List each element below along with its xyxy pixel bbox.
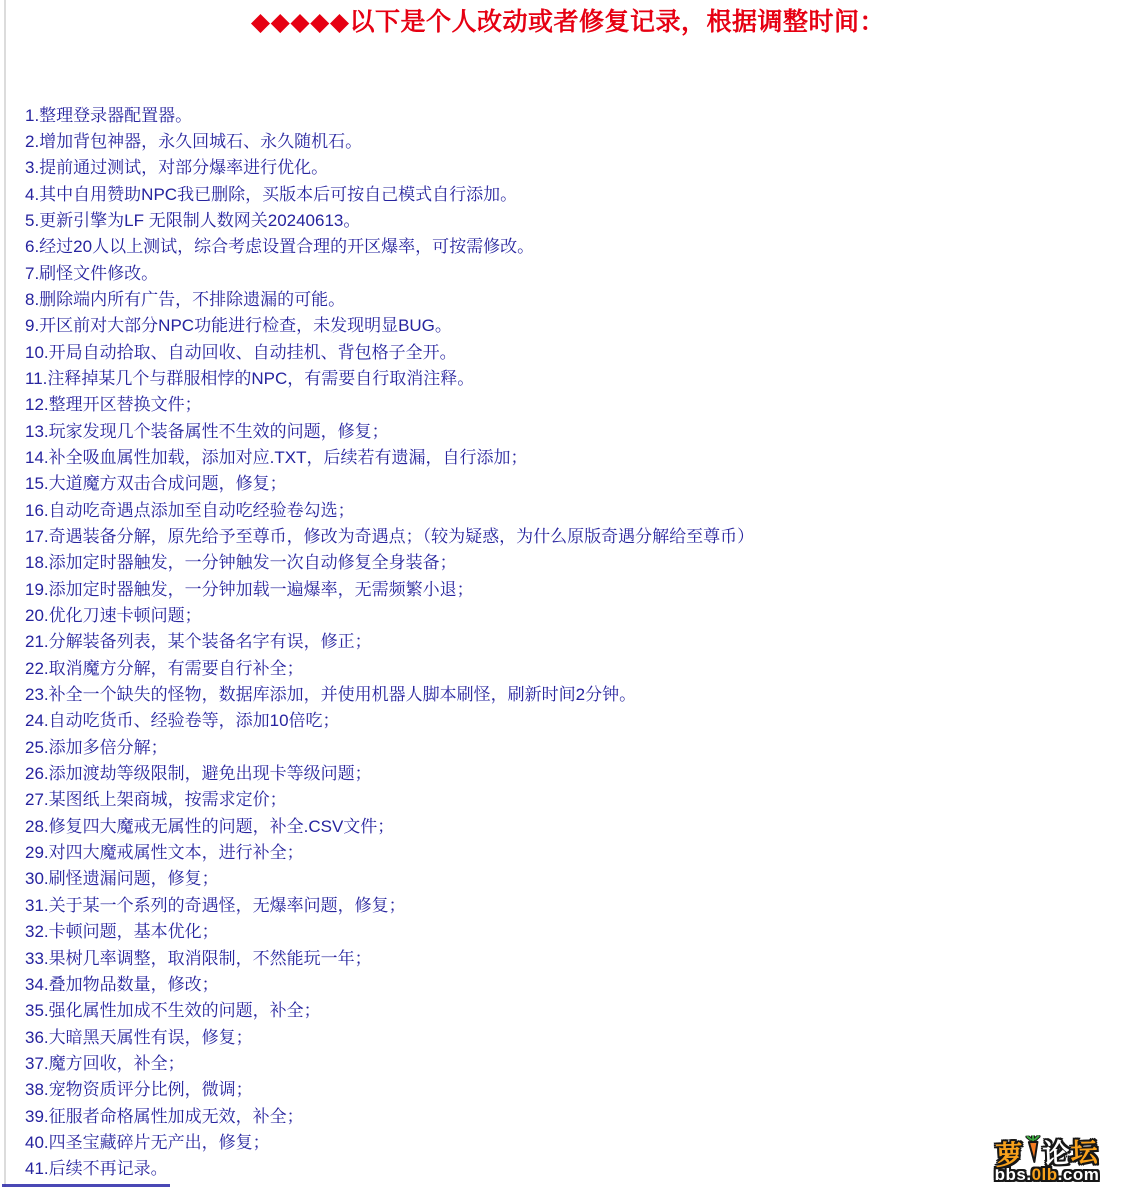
list-item: 3.提前通过测试，对部分爆率进行优化。: [25, 155, 1136, 181]
changelog-list: 1.整理登录器配置器。2.增加背包神器，永久回城石、永久随机石。3.提前通过测试…: [0, 103, 1136, 1183]
left-border-line: [4, 0, 6, 1187]
list-item: 33.果树几率调整，取消限制，不然能玩一年；: [25, 946, 1136, 972]
list-item: 28.修复四大魔戒无属性的问题，补全.CSV文件；: [25, 814, 1136, 840]
list-item: 12.整理开区替换文件；: [25, 392, 1136, 418]
list-item: 13.玩家发现几个装备属性不生效的问题，修复；: [25, 419, 1136, 445]
list-item: 10.开局自动拾取、自动回收、自动挂机、背包格子全开。: [25, 340, 1136, 366]
list-item: 1.整理登录器配置器。: [25, 103, 1136, 129]
list-item: 5.更新引擎为LF 无限制人数网关20240613。: [25, 208, 1136, 234]
list-item: 31.关于某一个系列的奇遇怪，无爆率问题，修复；: [25, 893, 1136, 919]
list-item: 36.大暗黑天属性有误，修复；: [25, 1025, 1136, 1051]
list-item: 18.添加定时器触发，一分钟触发一次自动修复全身装备；: [25, 550, 1136, 576]
list-item: 37.魔方回收，补全；: [25, 1051, 1136, 1077]
list-item: 23.补全一个缺失的怪物，数据库添加，并使用机器人脚本刷怪，刷新时间2分钟。: [25, 682, 1136, 708]
list-item: 7.刷怪文件修改。: [25, 261, 1136, 287]
list-item: 11.注释掉某几个与群服相悖的NPC，有需要自行取消注释。: [25, 366, 1136, 392]
watermark-char-luo: 萝: [995, 1142, 1024, 1170]
page-title: ◆◆◆◆◆以下是个人改动或者修复记录，根据调整时间：: [0, 0, 1136, 39]
watermark-char-tan: 坛: [1070, 1139, 1099, 1167]
list-item: 16.自动吃奇遇点添加至自动吃经验卷勾选；: [25, 498, 1136, 524]
list-item: 27.某图纸上架商城，按需求定价；: [25, 787, 1136, 813]
list-item: 21.分解装备列表，某个装备名字有误，修正；: [25, 629, 1136, 655]
changelog-page: ◆◆◆◆◆以下是个人改动或者修复记录，根据调整时间： 1.整理登录器配置器。2.…: [0, 0, 1136, 1187]
watermark-site-name: 萝 论 坛: [961, 1132, 1132, 1171]
list-item: 29.对四大魔戒属性文本，进行补全；: [25, 840, 1136, 866]
list-item: 24.自动吃货币、经验卷等，添加10倍吃；: [25, 708, 1136, 734]
list-item: 2.增加背包神器，永久回城石、永久随机石。: [25, 129, 1136, 155]
forum-watermark: 萝 论 坛 bbs.0lb.com: [962, 1135, 1132, 1183]
list-item: 25.添加多倍分解；: [25, 735, 1136, 761]
list-item: 26.添加渡劫等级限制，避免出现卡等级问题；: [25, 761, 1136, 787]
list-item: 9.开区前对大部分NPC功能进行检查，未发现明显BUG。: [25, 313, 1136, 339]
list-item: 38.宠物资质评分比例，微调；: [25, 1077, 1136, 1103]
carrot-icon: [1024, 1135, 1042, 1169]
list-item: 20.优化刀速卡顿问题；: [25, 603, 1136, 629]
list-item: 17.奇遇装备分解，原先给予至尊币，修改为奇遇点；（较为疑惑，为什么原版奇遇分解…: [25, 524, 1136, 550]
list-item: 35.强化属性加成不生效的问题，补全；: [25, 998, 1136, 1024]
list-item: 22.取消魔方分解，有需要自行补全；: [25, 656, 1136, 682]
list-item: 6.经过20人以上测试，综合考虑设置合理的开区爆率，可按需修改。: [25, 234, 1136, 260]
list-item: 19.添加定时器触发，一分钟加载一遍爆率，无需频繁小退；: [25, 577, 1136, 603]
list-item: 8.删除端内所有广告，不排除遗漏的可能。: [25, 287, 1136, 313]
list-item: 34.叠加物品数量，修改；: [25, 972, 1136, 998]
list-item: 30.刷怪遗漏问题，修复；: [25, 866, 1136, 892]
watermark-char-lun: 论: [1042, 1140, 1071, 1168]
list-item: 4.其中自用赞助NPC我已删除，买版本后可按自己模式自行添加。: [25, 182, 1136, 208]
list-item: 32.卡顿问题，基本优化；: [25, 919, 1136, 945]
list-item: 15.大道魔方双击合成问题，修复；: [25, 471, 1136, 497]
list-item: 14.补全吸血属性加载，添加对应.TXT，后续若有遗漏，自行添加；: [25, 445, 1136, 471]
list-item: 39.征服者命格属性加成无效，补全；: [25, 1104, 1136, 1130]
